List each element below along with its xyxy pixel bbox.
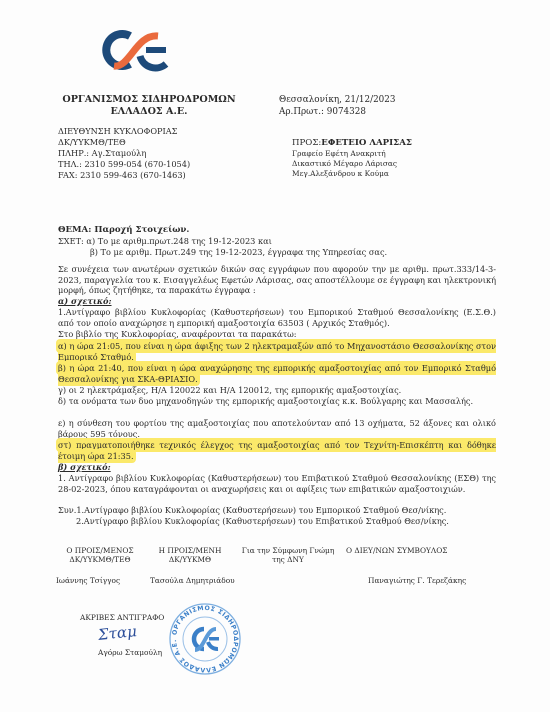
point-f: στ) πραγματοποιήθηκε τεχνικός έλεγχος τη… (58, 440, 496, 461)
section-b-heading: β) σχετικό: (58, 462, 111, 473)
sender-info: ΠΛΗΡ.: Αγ.Σταμούλη (58, 148, 146, 159)
point-c: γ) οι 2 ηλεκτράμαξες, Η/Α 120022 και Η/Α… (58, 385, 496, 396)
org-name-line2: ΕΛΛΑΔΟΣ Α.Ε. (58, 106, 240, 118)
recipient-line1: Γραφείο Εφέτη Ανακριτή (292, 149, 386, 158)
sig3-title: Για την Σύμφωνη Γνώμη της ΔΝΥ (238, 546, 338, 565)
handwritten-signature: Σταμ (97, 622, 137, 644)
letter-page: ΟΡΓΑΝΙΣΜΟΣ ΣΙΔΗΡΟΔΡΟΜΩΝ ΕΛΛΑΔΟΣ Α.Ε. Θεσ… (0, 0, 550, 712)
section-a-item1: 1.Αντίγραφο βιβλίου Κυκλοφορίας (Καθυστε… (58, 307, 496, 328)
point-a-text: α) η ώρα 21:05, που είναι η ώρα άφιξης τ… (58, 341, 496, 362)
sig1-title2: ΔΚ/ΥΥΚΜΘ/ΤΕΘ (60, 555, 140, 564)
section-b-item1: 1. Αντίγραφο βιβλίου Κυκλοφορίας (Καθυστ… (58, 473, 496, 494)
point-d: δ) τα ονόματα των δυο μηχανοδηγών της εμ… (58, 396, 496, 407)
sig3-title1: Για την Σύμφωνη Γνώμη (238, 546, 338, 555)
sender-dept: ΔΙΕΥΘΥΝΣΗ ΚΥΚΛΟΦΟΡΙΑΣ (58, 126, 177, 137)
sig1-title1: Ο ΠΡΟΙΣ/ΜΕΝΟΣ (60, 546, 140, 555)
recipient-name: ΕΦΕΤΕΙΟ ΛΑΡΙΣΑΣ (321, 138, 412, 148)
enclosure-2: 2.Αντίγραφο βιβλίου Κυκλοφορίας (Καθυστε… (76, 516, 449, 527)
certification-signer: Αγόρω Σταμούλη (98, 648, 162, 657)
recipient-line2: Δικαστικό Μέγαρο Λάρισας (292, 159, 397, 168)
sig3-title2: της ΔΝΥ (238, 555, 338, 564)
sig2-name: Τασούλα Δημητριάδου (150, 576, 235, 585)
recipient-to: ΠΡΟΣ:ΕΦΕΤΕΙΟ ΛΑΡΙΣΑΣ (292, 138, 412, 148)
official-stamp-icon: ΟΡΓΑΝΙΣΜΟΣ ΣΙΔΗΡΟΔΡΟΜΩΝ ΕΛΛΑΔΟΣ Α.Ε. (168, 602, 242, 676)
sig4-name: Παναγιώτης Γ. Τερεζάκης (368, 576, 466, 585)
org-name-line1: ΟΡΓΑΝΙΣΜΟΣ ΣΙΔΗΡΟΔΡΟΜΩΝ (58, 94, 240, 106)
ose-logo-icon (100, 28, 170, 72)
sender-tel: ΤΗΛ.: 2310 599-054 (670-1054) (58, 159, 190, 170)
sig1-name: Ιωάννης Τσίγγος (56, 576, 120, 585)
sender-unit: ΔΚ/ΥΥΚΜΘ/ΤΕΘ (58, 137, 126, 148)
sig2-title2: ΔΚ/ΥΥΚΜΘ (150, 555, 230, 564)
sig2-title: Η ΠΡΟΙΣ/ΜΕΝΗ ΔΚ/ΥΥΚΜΘ (150, 546, 230, 565)
recipient-line3: Μεγ.Αλεξάνδρου κ Κούμα (292, 169, 389, 178)
point-a: α) η ώρα 21:05, που είναι η ώρα άφιξης τ… (58, 341, 496, 362)
sender-fax: FAX: 2310 599-463 (670-1463) (58, 170, 186, 181)
certified-copy-label: ΑΚΡΙΒΕΣ ΑΝΤΙΓΡΑΦΟ (80, 613, 164, 622)
point-f-text: στ) πραγματοποιήθηκε τεχνικός έλεγχος τη… (58, 440, 496, 461)
place-date: Θεσσαλονίκη, 21/12/2023 (279, 95, 395, 105)
subject-ref-b: β) Το με αριθμ. Πρωτ.249 της 19-12-2023,… (90, 247, 387, 258)
subject-title: ΘΕΜΑ: Παροχή Στοιχείων. (58, 225, 189, 235)
point-b: β) η ώρα 21:40, που είναι η ώρα αναχώρησ… (58, 363, 496, 384)
book-intro: Στο βιβλίο της Κυκλοφορίας, αναφέρονται … (58, 329, 297, 340)
point-b-text: β) η ώρα 21:40, που είναι η ώρα αναχώρησ… (58, 363, 496, 384)
sig4-title1: Ο ΔΙΕΥ/ΝΩΝ ΣΥΜΒΟΥΛΟΣ (346, 546, 466, 555)
sig2-title1: Η ΠΡΟΙΣ/ΜΕΝΗ (150, 546, 230, 555)
recipient-to-label: ΠΡΟΣ: (292, 138, 321, 148)
enclosure-1: Συν.1.Αντίγραφο βιβλίου Κυκλοφορίας (Καθ… (58, 505, 446, 516)
sig1-title: Ο ΠΡΟΙΣ/ΜΕΝΟΣ ΔΚ/ΥΥΚΜΘ/ΤΕΘ (60, 546, 140, 565)
subject-ref-a: ΣΧΕΤ: α) Το με αριθμ.πρωτ.248 της 19-12-… (58, 236, 272, 247)
sig4-title: Ο ΔΙΕΥ/ΝΩΝ ΣΥΜΒΟΥΛΟΣ (346, 546, 466, 555)
point-e: ε) η σύνθεση του φορτίου της αμαξοστοιχί… (58, 418, 496, 439)
intro-paragraph: Σε συνέχεια των ανωτέρων σχετικών δικών … (58, 264, 496, 296)
section-a-heading: α) σχετικό: (58, 296, 112, 307)
protocol-number: Αρ.Πρωτ.: 9074328 (279, 107, 366, 117)
